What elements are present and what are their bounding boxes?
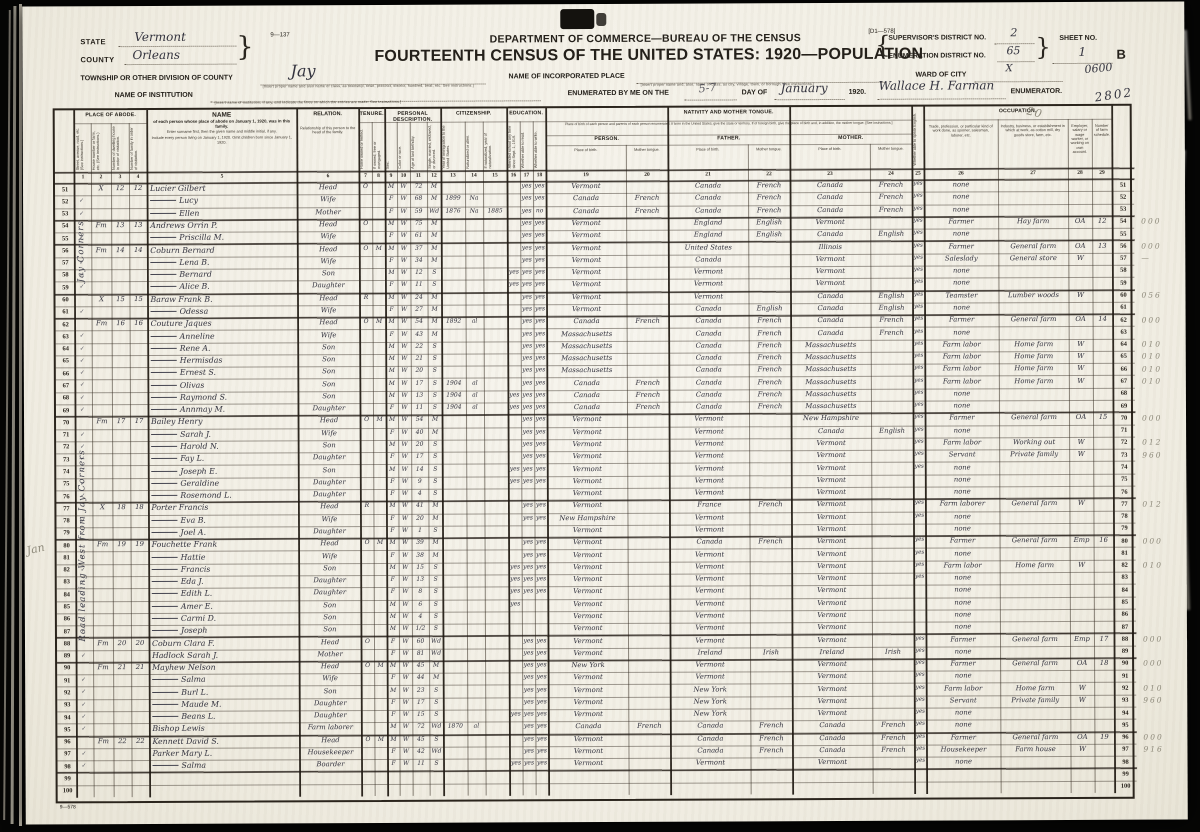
data-cell: yes xyxy=(535,564,548,573)
data-cell: Farmer xyxy=(925,415,999,424)
data-cell: none xyxy=(927,759,1001,768)
data-cell: al xyxy=(467,724,485,733)
data-cell: S xyxy=(429,577,443,586)
data-cell: Vermont xyxy=(546,232,626,241)
data-cell: Vermont xyxy=(546,269,626,278)
name-cell: Salma xyxy=(153,762,299,772)
data-cell: 22 xyxy=(411,344,428,353)
data-cell: Canada xyxy=(669,404,749,413)
data-cell: Vermont xyxy=(670,661,750,670)
data-cell: Vermont xyxy=(791,477,871,486)
data-cell: M xyxy=(427,294,441,303)
col-number: 21 xyxy=(668,171,748,180)
data-cell: Farm labor xyxy=(926,562,1000,571)
name-cell: Joseph xyxy=(152,627,298,637)
data-cell: O xyxy=(361,663,374,672)
census-table: PLACE OF ABODE.TENURE.PERSONAL DESCRIPTI… xyxy=(53,104,1135,804)
data-cell: Canada xyxy=(668,207,748,216)
data-cell: Farm labor xyxy=(926,685,1000,694)
data-cell: M xyxy=(374,663,387,672)
header-col-10: Color or race. xyxy=(398,123,409,170)
data-cell: Vermont xyxy=(548,637,628,646)
data-cell: New Hampshire xyxy=(791,415,871,424)
data-cell: O xyxy=(359,246,372,255)
data-cell: Vermont xyxy=(548,551,628,560)
data-cell: Vermont xyxy=(548,576,628,585)
data-cell: W xyxy=(397,209,410,218)
street-name-label: Road leading West from Jay Corners xyxy=(77,322,93,768)
header-col-14: Naturalized or alien. xyxy=(466,123,482,170)
data-cell: Daughter xyxy=(298,479,360,488)
data-cell: Vermont xyxy=(548,736,628,745)
data-cell: Vermont xyxy=(792,587,872,596)
data-cell: Canada xyxy=(670,539,750,548)
data-cell: S xyxy=(429,712,443,721)
name-cell: Eda J. xyxy=(152,577,298,587)
data-cell: Housekeeper xyxy=(299,749,361,758)
data-cell: French xyxy=(871,317,913,326)
data-cell: M xyxy=(429,540,443,549)
data-cell: 43 xyxy=(411,331,428,340)
data-cell: 37 xyxy=(410,245,427,254)
data-cell: Home farm xyxy=(999,353,1069,362)
data-cell: 17 xyxy=(112,419,130,428)
data-cell: yes xyxy=(914,722,926,731)
data-cell: O xyxy=(361,639,374,648)
data-cell: M xyxy=(387,724,399,733)
data-cell: 11 xyxy=(410,282,427,291)
data-cell: 1 xyxy=(411,528,428,537)
name-cell: Lucier Gilbert xyxy=(150,184,296,194)
data-cell: F xyxy=(385,233,397,242)
data-cell: yes xyxy=(522,662,535,671)
data-cell: Son xyxy=(299,626,361,635)
data-cell: Massachusetts xyxy=(791,403,871,412)
ditto-line xyxy=(150,200,176,201)
data-cell: Vermont xyxy=(790,268,870,277)
data-cell: yes xyxy=(912,243,924,252)
data-cell: yes xyxy=(521,466,534,475)
data-cell: 22 xyxy=(131,738,149,747)
data-cell: Canada xyxy=(547,392,627,401)
data-cell: al xyxy=(466,380,484,389)
data-cell: yes xyxy=(914,747,926,756)
data-cell: Canada xyxy=(791,305,871,314)
data-cell: none xyxy=(924,267,998,276)
data-cell: Hay farm xyxy=(998,218,1068,227)
data-cell: Farmer xyxy=(924,243,998,252)
data-cell: Son xyxy=(298,467,360,476)
district-brace-close: } xyxy=(1035,33,1050,61)
data-cell: W xyxy=(398,528,411,537)
ditto-line xyxy=(152,569,178,570)
data-cell: yes xyxy=(913,415,925,424)
data-cell: 17 xyxy=(130,418,148,427)
data-cell: yes xyxy=(533,183,546,192)
data-cell: yes xyxy=(521,368,534,377)
data-cell: F xyxy=(386,405,398,414)
data-cell: New Hampshire xyxy=(547,515,627,524)
data-cell: O xyxy=(359,184,372,193)
ditto-line xyxy=(151,446,177,447)
margin-pencil-code: 012 xyxy=(1142,499,1182,511)
data-cell: 19 xyxy=(1094,734,1114,743)
data-cell: Canada xyxy=(668,182,748,191)
data-cell: 22 xyxy=(113,738,131,747)
data-cell: none xyxy=(926,648,1000,657)
data-cell: yes xyxy=(535,748,548,757)
data-cell: Na xyxy=(465,208,483,217)
name-cell: Eva B. xyxy=(151,516,297,526)
data-cell: Teamster xyxy=(924,292,998,301)
data-cell: Vermont xyxy=(670,575,750,584)
data-cell: none xyxy=(925,488,999,497)
data-cell: W xyxy=(398,417,411,426)
data-cell: none xyxy=(926,599,1000,608)
name-cell: Burl L. xyxy=(152,688,298,698)
supervisor-value: 2 xyxy=(1010,26,1017,39)
margin-pencil-code: 010 xyxy=(1142,340,1182,352)
data-cell: 20 xyxy=(131,639,149,648)
township-note: [Insert proper name and also name of cla… xyxy=(263,84,488,89)
ditto-line xyxy=(150,262,176,263)
data-cell: Irish xyxy=(750,649,792,658)
col-number: 18 xyxy=(533,172,546,181)
enumerator-pencil-code: 2802 xyxy=(1094,85,1134,104)
name-cell: Coburn Bernard xyxy=(150,246,296,256)
data-cell: yes xyxy=(912,219,924,228)
data-cell: General farm xyxy=(999,500,1069,509)
data-cell: W xyxy=(399,700,412,709)
data-cell: yes xyxy=(521,417,534,426)
margin-pencil-code: 010 xyxy=(1142,364,1182,376)
data-cell: F xyxy=(386,331,398,340)
data-cell: Daughter xyxy=(299,577,361,586)
data-cell: W xyxy=(1069,439,1093,448)
data-cell: Wife xyxy=(298,332,360,341)
data-cell: S xyxy=(428,405,442,414)
data-cell: yes xyxy=(534,343,547,352)
data-cell: yes xyxy=(520,245,533,254)
data-cell: W xyxy=(399,749,412,758)
data-cell: yes xyxy=(914,697,926,706)
name-cell: Annmay M. xyxy=(151,406,297,416)
data-cell: W xyxy=(399,712,412,721)
name-cell: Hermisdas xyxy=(151,356,297,366)
data-cell: 14 xyxy=(129,247,147,256)
township-label: TOWNSHIP OR OTHER DIVISION OF COUNTY xyxy=(81,75,233,83)
ditto-line xyxy=(152,556,178,557)
incorporated-label: NAME OF INCORPORATED PLACE xyxy=(509,73,625,81)
data-cell: Vermont xyxy=(670,563,750,572)
header-nativity: NATIVITY AND MOTHER TONGUE. xyxy=(546,109,912,122)
data-cell: W xyxy=(1070,697,1094,706)
data-cell: Vermont xyxy=(548,625,628,634)
data-cell: M xyxy=(427,221,441,230)
data-cell: Vermont xyxy=(547,502,627,511)
name-cell: Edith L. xyxy=(152,590,298,600)
data-cell: Vermont xyxy=(548,650,628,659)
data-cell: English xyxy=(749,305,791,314)
data-cell: Vermont xyxy=(792,624,872,633)
margin-pencil-code: 010 xyxy=(1143,561,1183,573)
data-cell: English xyxy=(870,292,912,301)
data-cell: Vermont xyxy=(548,564,628,573)
data-cell: yes xyxy=(534,306,547,315)
header-person: PERSON. xyxy=(546,136,668,146)
data-cell: OA xyxy=(1070,734,1094,743)
name-cell: Beans L. xyxy=(152,713,298,723)
data-cell: F xyxy=(385,209,397,218)
data-cell: Vermont xyxy=(792,673,872,682)
data-cell: French xyxy=(748,207,790,216)
data-cell: Canada xyxy=(790,182,870,191)
data-cell: yes xyxy=(533,220,546,229)
data-cell: Home farm xyxy=(1000,685,1070,694)
data-cell: yes xyxy=(522,576,535,585)
data-cell: Vermont xyxy=(791,489,871,498)
data-cell: yes xyxy=(521,478,534,487)
data-cell: Fm xyxy=(92,419,112,428)
data-cell: S xyxy=(429,687,443,696)
col-number: 14 xyxy=(465,173,483,182)
data-cell: S xyxy=(429,565,443,574)
data-cell: yes xyxy=(508,466,521,475)
data-cell: W xyxy=(397,196,410,205)
header-person-tongue: Mother tongue. xyxy=(627,147,667,170)
data-cell: yes xyxy=(534,318,547,327)
data-cell: General farm xyxy=(1000,734,1070,743)
col-number: 13 xyxy=(441,173,465,182)
data-cell: Fm xyxy=(93,640,113,649)
data-cell: W xyxy=(399,540,412,549)
ward-value: X xyxy=(1005,63,1012,74)
header-col-3: Number of dwelling house in order of vis… xyxy=(112,124,128,171)
data-cell: Wd xyxy=(429,638,443,647)
data-cell: 16 xyxy=(130,320,148,329)
header-col-11: Age at last birthday. xyxy=(411,123,426,170)
data-cell: Fm xyxy=(91,247,111,256)
col-number: 4 xyxy=(129,174,147,183)
name-cell: Mayhew Nelson xyxy=(152,663,298,673)
data-cell: S xyxy=(428,393,442,402)
data-cell: Canada xyxy=(547,404,627,413)
name-cell: Odessa xyxy=(151,307,297,317)
col-number: 28 xyxy=(1068,170,1092,179)
data-cell: F xyxy=(387,589,399,598)
data-cell: Vermont xyxy=(548,588,628,597)
data-cell: yes xyxy=(509,564,522,573)
data-cell: 40 xyxy=(411,430,428,439)
dept-heading: DEPARTMENT OF COMMERCE—BUREAU OF THE CEN… xyxy=(420,32,870,46)
data-cell: Vermont xyxy=(669,428,749,437)
data-cell: yes xyxy=(522,699,535,708)
data-cell: O xyxy=(360,417,373,426)
col-number: 7 xyxy=(359,173,372,182)
data-cell: French xyxy=(870,194,912,203)
name-cell: Bernard xyxy=(150,270,296,280)
census-title: FOURTEENTH CENSUS OF THE UNITED STATES: … xyxy=(374,46,914,66)
data-cell: Vermont xyxy=(670,551,750,560)
data-cell: Canada xyxy=(547,318,627,327)
data-cell: French xyxy=(871,329,913,338)
data-cell: 16 xyxy=(112,320,130,329)
header-name: NAMEof each person whose place of abode … xyxy=(149,111,295,170)
data-cell: M xyxy=(385,221,397,230)
data-cell: French xyxy=(872,722,914,731)
data-cell: New York xyxy=(670,686,750,695)
data-cell: Wife xyxy=(298,307,360,316)
data-cell: Vermont xyxy=(547,453,627,462)
data-cell: none xyxy=(924,280,998,289)
data-cell: 54 xyxy=(411,417,428,426)
data-cell: yes xyxy=(520,196,533,205)
data-cell: French xyxy=(872,734,914,743)
data-cell: W xyxy=(1069,377,1093,386)
data-cell: M xyxy=(387,565,399,574)
data-cell: S xyxy=(428,528,442,537)
data-cell: W xyxy=(400,761,413,770)
sheet-label: SHEET NO. xyxy=(1059,35,1097,42)
data-cell: F xyxy=(387,577,399,586)
data-cell: 15 xyxy=(129,296,147,305)
margin-pencil-code: 000 xyxy=(1142,315,1182,327)
data-cell: M xyxy=(427,233,441,242)
data-cell: Vermont xyxy=(670,674,750,683)
data-cell: none xyxy=(926,587,1000,596)
data-cell: Vermont xyxy=(791,452,871,461)
data-cell: M xyxy=(385,245,397,254)
data-cell: 16 xyxy=(1094,537,1114,546)
data-cell: Son xyxy=(298,368,360,377)
data-cell: Canada xyxy=(548,723,628,732)
name-cell: Coburn Clara F. xyxy=(152,639,298,649)
data-cell: M xyxy=(386,442,398,451)
col-number: 6 xyxy=(297,173,359,182)
data-cell: W xyxy=(398,503,411,512)
col-number: 2 xyxy=(91,174,111,183)
data-cell: Canada xyxy=(790,292,870,301)
data-cell: Fm xyxy=(93,664,113,673)
data-cell: 19 xyxy=(113,541,131,550)
header-place-of-abode: PLACE OF ABODE. xyxy=(75,112,147,123)
data-cell: 17 xyxy=(411,454,428,463)
data-cell: French xyxy=(750,538,792,547)
data-cell: Wd xyxy=(429,650,443,659)
data-cell: 72 xyxy=(412,724,429,733)
data-cell: none xyxy=(925,525,999,534)
data-cell: 39 xyxy=(412,540,429,549)
header-relation: RELATION.Relationship of this person to … xyxy=(298,111,358,169)
ink-smudge xyxy=(596,13,606,26)
data-cell: Vermont xyxy=(792,698,872,707)
data-cell: Massachusetts xyxy=(547,355,627,364)
data-cell: M xyxy=(385,184,397,193)
col-number: 16 xyxy=(507,172,520,181)
data-cell: English xyxy=(871,427,913,436)
data-cell: W xyxy=(398,442,411,451)
data-cell: Son xyxy=(299,565,361,574)
data-cell: yes xyxy=(510,761,523,770)
data-cell: yes xyxy=(509,712,522,721)
data-cell: W xyxy=(398,491,411,500)
data-cell: Vermont xyxy=(792,538,872,547)
data-cell: Massachusetts xyxy=(547,343,627,352)
data-cell: Vermont xyxy=(669,477,749,486)
data-cell: O xyxy=(361,737,374,746)
ditto-line xyxy=(151,470,177,471)
data-cell: W xyxy=(399,626,412,635)
data-cell: Vermont xyxy=(792,575,872,584)
data-cell: yes xyxy=(520,183,533,192)
data-cell: Wife xyxy=(298,516,360,525)
data-cell: General farm xyxy=(1000,537,1070,546)
data-cell: 20 xyxy=(411,368,428,377)
data-cell: Vermont xyxy=(549,760,629,769)
name-cell: Olivas xyxy=(151,381,297,391)
data-cell: French xyxy=(749,502,791,511)
name-cell: Baraw Frank B. xyxy=(150,295,296,305)
data-cell: W xyxy=(399,675,412,684)
header-father-tongue: Mother tongue. xyxy=(749,146,789,169)
data-cell: Head xyxy=(299,639,361,648)
data-cell: W xyxy=(398,319,411,328)
data-cell: al xyxy=(466,319,484,328)
data-cell: Farmer xyxy=(925,317,999,326)
data-cell: yes xyxy=(522,724,535,733)
data-cell: S xyxy=(427,270,441,279)
data-cell: M xyxy=(386,356,398,365)
data-cell: yes xyxy=(534,441,547,450)
data-cell: Irish xyxy=(872,648,914,657)
data-cell: 59 xyxy=(410,208,427,217)
data-cell: none xyxy=(926,623,1000,632)
data-cell: Canada xyxy=(669,342,749,351)
census-sheet: 9—137 [D1—578] STATE Vermont COUNTY Orle… xyxy=(22,1,1188,824)
header-mother-pob: Place of birth. xyxy=(791,146,869,169)
data-cell: S xyxy=(429,601,443,610)
data-cell: Vermont xyxy=(548,711,628,720)
data-cell: yes xyxy=(533,233,546,242)
data-cell: 13 xyxy=(412,577,429,586)
data-cell: yes xyxy=(508,405,521,414)
ditto-line xyxy=(152,716,178,717)
data-cell: yes xyxy=(520,257,533,266)
data-cell: yes xyxy=(913,513,925,522)
col-number: 11 xyxy=(410,173,427,182)
ditto-line xyxy=(151,311,177,312)
data-cell: yes xyxy=(912,206,924,215)
data-cell: French xyxy=(870,206,912,215)
data-cell: Canada xyxy=(670,735,750,744)
header-col-29: Number of farm schedule. xyxy=(1093,123,1111,166)
data-cell: yes xyxy=(508,478,521,487)
name-cell: Bishop Lewis xyxy=(152,725,298,735)
data-cell: yes xyxy=(535,662,548,671)
data-cell: yes xyxy=(914,562,926,571)
data-cell: none xyxy=(925,427,999,436)
data-cell: Fm xyxy=(91,222,111,231)
data-cell: W xyxy=(399,663,412,672)
data-cell: Daughter xyxy=(298,454,360,463)
data-cell: yes xyxy=(520,294,533,303)
data-cell: New York xyxy=(670,698,750,707)
data-cell: W xyxy=(399,565,412,574)
data-cell: Home farm xyxy=(999,378,1069,387)
name-cell: Couture Jaques xyxy=(151,320,297,330)
data-cell: Vermont xyxy=(669,489,749,498)
data-cell: 14 xyxy=(111,247,129,256)
